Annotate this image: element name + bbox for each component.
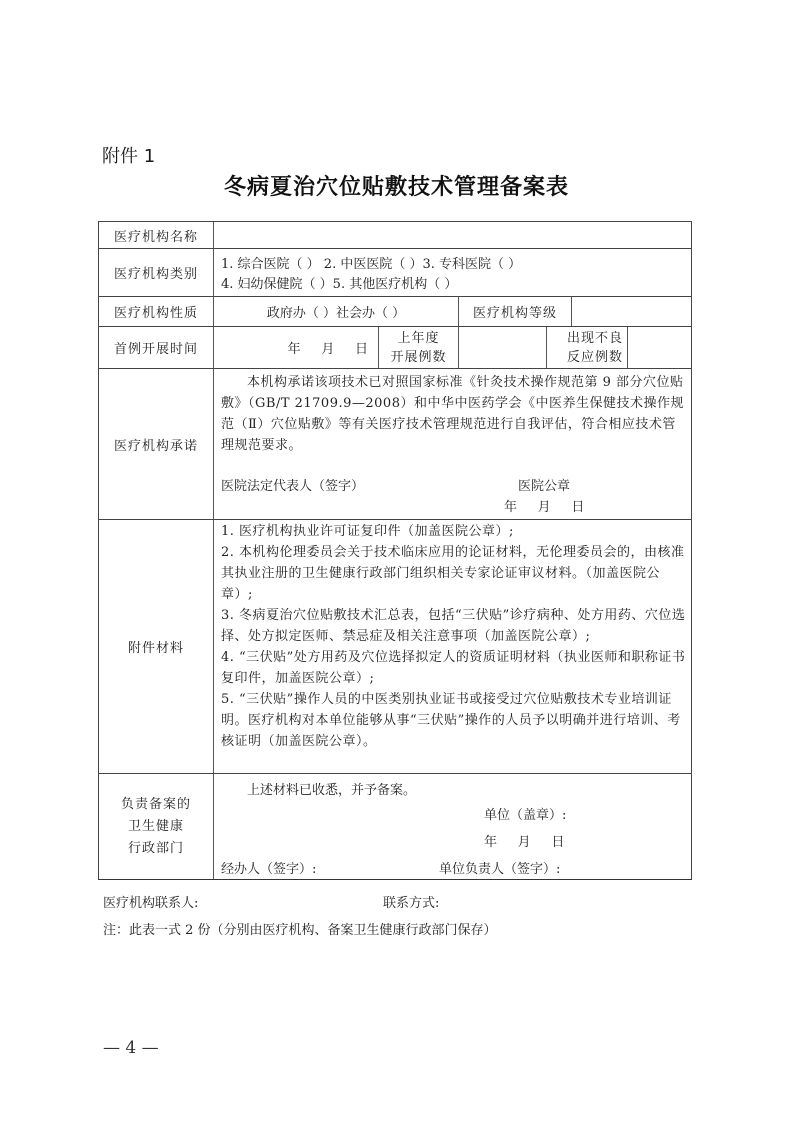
contact-person: 医疗机构联系人: (103, 892, 198, 911)
category-line-2: 4. 妇幼保健院（ ）5. 其他医疗机构（ ） (221, 273, 457, 292)
commitment-date[interactable]: 年 月 日 (504, 496, 584, 515)
first-case-date-label: 首例开展时间 (99, 327, 213, 368)
institution-category-label: 医疗机构类别 (99, 249, 213, 296)
attached-materials-list: 1. 医疗机构执业许可证复印件（加盖医院公章）; 2. 本机构伦理委员会关于技术… (213, 520, 691, 773)
legal-rep-signature[interactable]: 医院法定代表人（签字） (221, 475, 364, 494)
institution-name-label: 医疗机构名称 (99, 222, 213, 248)
row-commitment: 医疗机构承诺 本机构承诺该项技术已对照国家标准《针灸技术操作规范第 9 部分穴位… (98, 368, 692, 519)
unit-head-signature[interactable]: 单位负责人（签字）: (439, 858, 560, 877)
unit-seal: 单位（盖章）: (484, 804, 566, 823)
row-institution-category: 医疗机构类别 1. 综合医院（ ） 2. 中医医院（ ）3. 专科医院（ ） 4… (98, 248, 692, 296)
commitment-content: 本机构承诺该项技术已对照国家标准《针灸技术操作规范第 9 部分穴位贴敷》（GB/… (213, 369, 691, 519)
institution-nature-label: 医疗机构性质 (99, 297, 213, 326)
filing-department-content: 上述材料已收悉，并予备案。 单位（盖章）: 年 月 日 经办人（签字）: 单位负… (213, 774, 691, 879)
category-line-1: 1. 综合医院（ ） 2. 中医医院（ ）3. 专科医院（ ） (221, 253, 521, 272)
material-item: 2. 本机构伦理委员会关于技术临床应用的论证材料，无伦理委员会的，由核准其执业注… (221, 542, 687, 605)
commitment-label: 医疗机构承诺 (99, 369, 213, 519)
attached-materials-label: 附件材料 (99, 520, 213, 773)
filing-department-label: 负责备案的 卫生健康 行政部门 (99, 774, 213, 879)
adverse-reactions-field[interactable] (627, 327, 691, 368)
institution-grade-label: 医疗机构等级 (458, 297, 571, 326)
row-first-case-date: 首例开展时间 年 月 日 上年度 开展例数 出现不良 反应例数 (98, 326, 692, 368)
row-institution-nature: 医疗机构性质 政府办（ ）社会办（ ） 医疗机构等级 (98, 296, 692, 326)
page-number: — 4 — (103, 1038, 159, 1058)
contact-method: 联系方式: (383, 892, 439, 911)
last-year-cases-label: 上年度 开展例数 (378, 327, 458, 368)
row-institution-name: 医疗机构名称 (98, 221, 692, 248)
material-item: 1. 医疗机构执业许可证复印件（加盖医院公章）; (221, 521, 687, 542)
material-item: 5. “三伏贴”操作人员的中医类别执业证书或接受过穴位贴敷技术专业培训证明。医疗… (221, 689, 687, 752)
adverse-reactions-label: 出现不良 反应例数 (546, 327, 627, 368)
last-year-cases-field[interactable] (458, 327, 546, 368)
row-attached-materials: 附件材料 1. 医疗机构执业许可证复印件（加盖医院公章）; 2. 本机构伦理委员… (98, 519, 692, 773)
institution-category-options[interactable]: 1. 综合医院（ ） 2. 中医医院（ ）3. 专科医院（ ） 4. 妇幼保健院… (213, 249, 691, 296)
handler-signature[interactable]: 经办人（签字）: (221, 858, 316, 877)
hospital-seal: 医院公章 (518, 475, 570, 494)
filing-date[interactable]: 年 月 日 (484, 831, 564, 850)
material-item: 4. “三伏贴”处方用药及穴位选择拟定人的资质证明材料（执业医师和职称证书复印件… (221, 647, 687, 689)
received-statement: 上述材料已收悉，并予备案。 (247, 779, 416, 798)
institution-name-field[interactable] (213, 222, 691, 248)
institution-nature-options[interactable]: 政府办（ ）社会办（ ） (213, 297, 458, 326)
material-item: 3. 冬病夏治穴位贴敷技术汇总表，包括“三伏贴”诊疗病种、处方用药、穴位选择、处… (221, 605, 687, 647)
row-filing-department: 负责备案的 卫生健康 行政部门 上述材料已收悉，并予备案。 单位（盖章）: 年 … (98, 773, 692, 880)
copies-note: 注：此表一式 2 份（分别由医疗机构、备案卫生健康行政部门保存） (103, 919, 497, 938)
institution-grade-field[interactable] (571, 297, 691, 326)
first-case-date-field[interactable]: 年 月 日 (213, 327, 378, 368)
commitment-text: 本机构承诺该项技术已对照国家标准《针灸技术操作规范第 9 部分穴位贴敷》（GB/… (221, 372, 687, 456)
attachment-label: 附件 1 (102, 142, 155, 168)
page-title: 冬病夏治穴位贴敷技术管理备案表 (0, 170, 793, 201)
